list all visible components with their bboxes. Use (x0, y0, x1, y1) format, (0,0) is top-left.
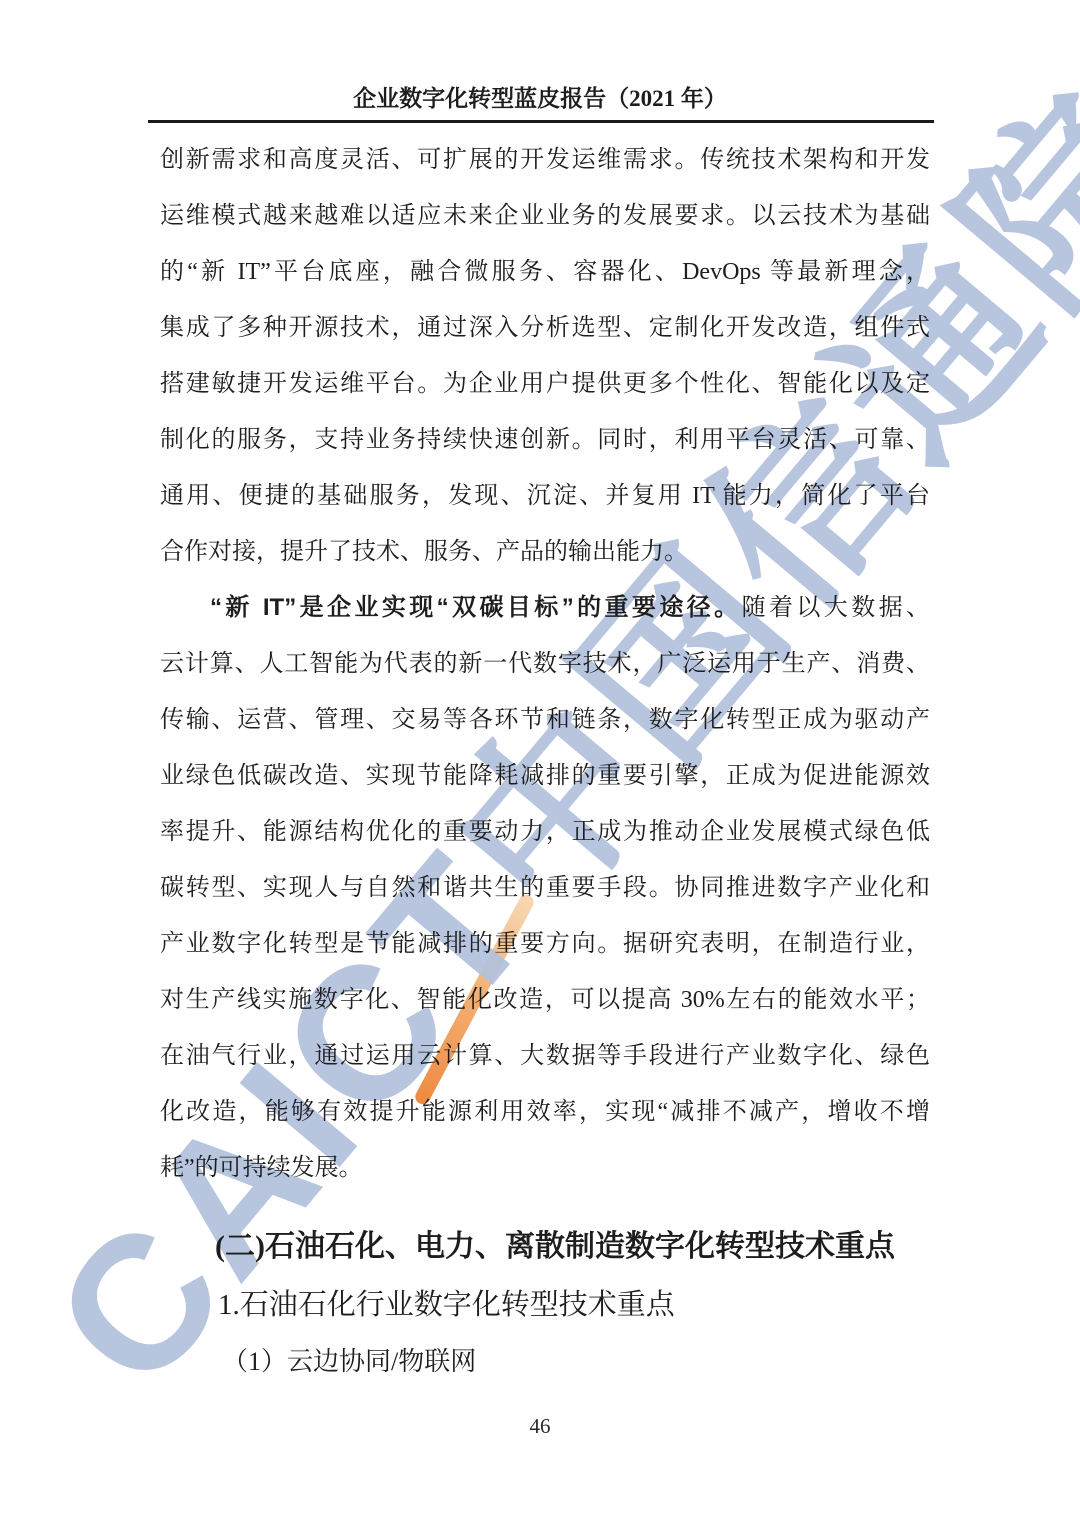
body-text-line: 云计算、人工智能为代表的新一代数字技术，广泛运用于生产、消费、 (160, 636, 930, 692)
body-text-line: 搭建敏捷开发运维平台。为企业用户提供更多个性化、智能化以及定 (160, 356, 930, 412)
body-text-line: 合作对接，提升了技术、服务、产品的输出能力。 (160, 524, 930, 580)
body-text-line: 化改造，能够有效提升能源利用效率，实现“减排不减产，增收不增 (160, 1084, 930, 1140)
section-heading: (二)石油石化、电力、离散制造数字化转型技术重点 (160, 1218, 930, 1276)
paragraph-2: “新 IT”是企业实现“双碳目标”的重要途径。随着以大数据、 云计算、人工智能为… (160, 580, 930, 1196)
header-divider-line (148, 120, 934, 123)
paragraph-1: 创新需求和高度灵活、可扩展的开发运维需求。传统技术架构和开发 运维模式越来越难以… (160, 132, 930, 580)
body-text-line: 在油气行业，通过运用云计算、大数据等手段进行产业数字化、绿色 (160, 1028, 930, 1084)
list-item-heading: （1）云边协同/物联网 (160, 1334, 930, 1390)
body-text-line: 业绿色低碳改造、实现节能降耗减排的重要引擎，正成为促进能源效 (160, 748, 930, 804)
document-page: CAICT中国信通院 企业数字化转型蓝皮报告（2021 年） 创新需求和高度灵活… (0, 0, 1080, 1527)
page-number: 46 (0, 1412, 1080, 1440)
body-text-line: 碳转型、实现人与自然和谐共生的重要手段。协同推进数字产业化和 (160, 860, 930, 916)
body-text-line: 通用、便捷的基础服务，发现、沉淀、并复用 IT 能力，简化了平台 (160, 468, 930, 524)
paragraph-lead-bold: “新 IT”是企业实现“双碳目标”的重要途径。 (210, 594, 742, 621)
document-body: 创新需求和高度灵活、可扩展的开发运维需求。传统技术架构和开发 运维模式越来越难以… (160, 132, 930, 1390)
body-text-line: 对生产线实施数字化、智能化改造，可以提高 30%左右的能效水平； (160, 972, 930, 1028)
body-text-line: 产业数字化转型是节能减排的重要方向。据研究表明，在制造行业， (160, 916, 930, 972)
body-text-line: 运维模式越来越难以适应未来企业业务的发展要求。以云技术为基础 (160, 188, 930, 244)
body-text-line: 耗”的可持续发展。 (160, 1140, 930, 1196)
body-text-line: 的“新 IT”平台底座，融合微服务、容器化、DevOps 等最新理念， (160, 244, 930, 300)
body-text-line: 率提升、能源结构优化的重要动力，正成为推动企业发展模式绿色低 (160, 804, 930, 860)
body-text-line: “新 IT”是企业实现“双碳目标”的重要途径。随着以大数据、 (160, 580, 930, 636)
body-text-line: 制化的服务，支持业务持续快速创新。同时，利用平台灵活、可靠、 (160, 412, 930, 468)
body-text-line: 集成了多种开源技术，通过深入分析选型、定制化开发改造，组件式 (160, 300, 930, 356)
body-text-line: 传输、运营、管理、交易等各环节和链条，数字化转型正成为驱动产 (160, 692, 930, 748)
page-header-title: 企业数字化转型蓝皮报告（2021 年） (0, 84, 1080, 114)
subsection-heading: 1.石油石化行业数字化转型技术重点 (160, 1276, 930, 1334)
paragraph-lead-rest: 随着以大数据、 (742, 595, 930, 621)
body-text-line: 创新需求和高度灵活、可扩展的开发运维需求。传统技术架构和开发 (160, 132, 930, 188)
